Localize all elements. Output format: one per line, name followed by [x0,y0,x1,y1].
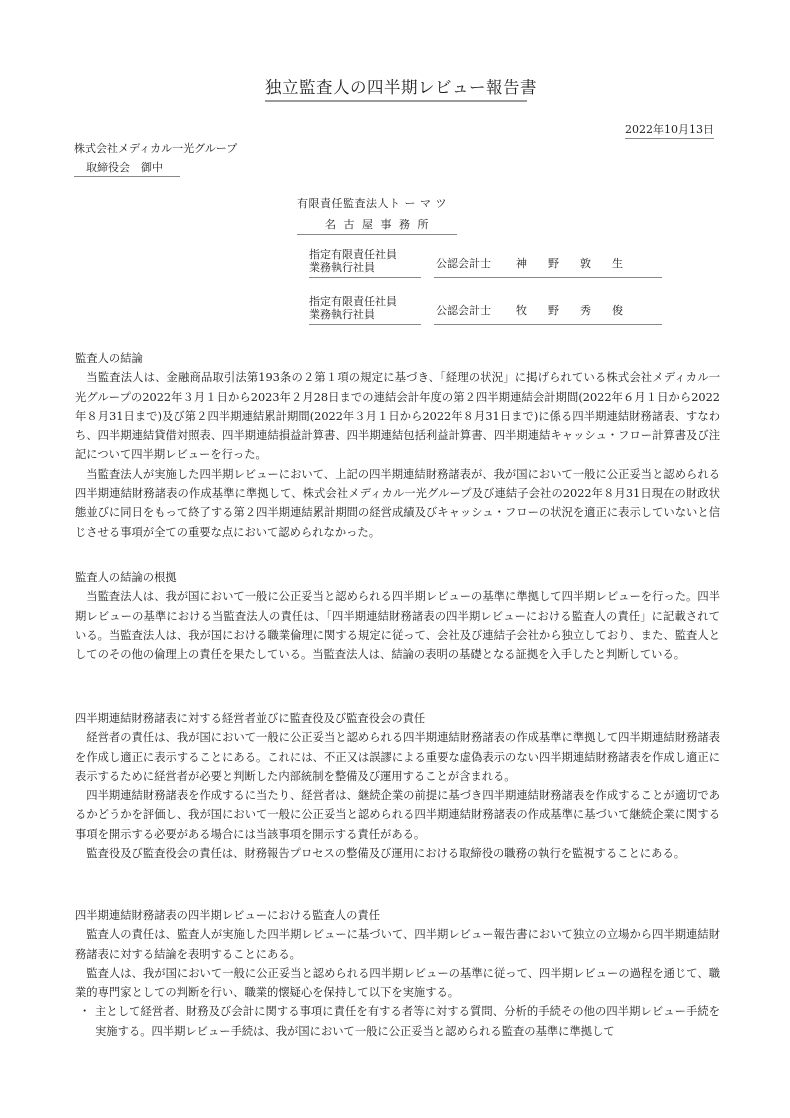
signer-role-line1: 指定有限責任社員 [309,295,421,308]
signer-name-char: 俊 [612,302,644,318]
bullet-list: ・ 主として経営者、財務及び会計に関する事項に責任を有する者等に対する質問、分析… [75,1002,720,1041]
bullet-text: 主として経営者、財務及び会計に関する事項に責任を有する者等に対する質問、分析的手… [95,1005,720,1037]
signer-name: 神 野 敦 生 [516,255,644,271]
signer-title: 公認会計士 [436,255,491,271]
paragraph: 監査役及び監査役会の責任は、財務報告プロセスの整備及び運用における取締役の職務の… [75,844,720,863]
report-date: 2022年10月13日 [625,121,714,139]
addressee-board: 取締役会 御中 [74,159,180,177]
signer-name-char: 野 [548,302,580,318]
signer-name-char: 秀 [580,302,612,318]
section-heading: 四半期連結財務諸表に対する経営者並びに監査役及び監査役会の責任 [75,709,720,728]
signer-name-char: 神 [516,255,548,271]
section-heading: 監査人の結論の根拠 [75,568,720,587]
paragraph: 四半期連結財務諸表を作成するに当たり、経営者は、継続企業の前提に基づき四半期連結… [75,786,720,844]
paragraph: 監査人は、我が国において一般に公正妥当と認められる四半期レビューの基準に従って、… [75,964,720,1003]
bullet-item: ・ 主として経営者、財務及び会計に関する事項に責任を有する者等に対する質問、分析… [75,1002,720,1041]
signer-role-line1: 指定有限責任社員 [309,248,421,261]
paragraph: 当監査法人が実施した四半期レビューにおいて、上記の四半期連結財務諸表が、我が国に… [75,465,720,542]
signer-role-line2: 業務執行社員 [309,261,421,274]
signer-title: 公認会計士 [436,302,491,318]
section-auditor-responsibilities: 四半期連結財務諸表の四半期レビューにおける監査人の責任 監査人の責任は、監査人が… [75,906,720,1041]
bullet-icon: ・ [79,1002,90,1021]
signer-role: 指定有限責任社員 業務執行社員 [309,295,421,325]
addressee-company: 株式会社メディカル一光グループ [74,140,237,156]
paragraph: 当監査法人は、金融商品取引法第193条の２第１項の規定に基づき、「経理の状況」に… [75,368,720,464]
signer-signature-line: 公認会計士 牧 野 秀 俊 [434,295,662,325]
firm-name-text: 有限責任監査法人ト ー マ ツ [297,197,447,210]
section-management-responsibilities: 四半期連結財務諸表に対する経営者並びに監査役及び監査役会の責任 経営者の責任は、… [75,709,720,863]
signer-role-line2: 業務執行社員 [309,308,421,321]
signer-name-char: 野 [548,255,580,271]
signer-block: 指定有限責任社員 業務執行社員 公認会計士 牧 野 秀 俊 [309,295,664,327]
signer-name-char: 生 [612,255,644,271]
signer-name-char: 牧 [516,302,548,318]
signer-signature-line: 公認会計士 神 野 敦 生 [434,248,662,278]
paragraph: 監査人の責任は、監査人が実施した四半期レビューに基づいて、四半期レビュー報告書に… [75,925,720,964]
signer-role: 指定有限責任社員 業務執行社員 [309,248,421,278]
signer-block: 指定有限責任社員 業務執行社員 公認会計士 神 野 敦 生 [309,248,664,280]
section-heading: 四半期連結財務諸表の四半期レビューにおける監査人の責任 [75,906,720,925]
signer-name: 牧 野 秀 俊 [516,302,644,318]
document-title: 独立監査人の四半期レビュー報告書 [265,74,527,102]
paragraph: 当監査法人は、我が国において一般に公正妥当と認められる四半期レビューの基準に準拠… [75,587,720,664]
auditor-firm-office: 名古屋事務所 [297,216,457,235]
section-auditor-conclusion: 監査人の結論 当監査法人は、金融商品取引法第193条の２第１項の規定に基づき、「… [75,349,720,542]
paragraph: 経営者の責任は、我が国において一般に公正妥当と認められる四半期連結財務諸表の作成… [75,728,720,786]
section-heading: 監査人の結論 [75,349,720,368]
signer-name-char: 敦 [580,255,612,271]
section-basis-for-conclusion: 監査人の結論の根拠 当監査法人は、我が国において一般に公正妥当と認められる四半期… [75,568,720,664]
auditor-firm-name: 有限責任監査法人ト ー マ ツ [297,195,447,211]
document-page: 独立監査人の四半期レビュー報告書 2022年10月13日 株式会社メディカル一光… [0,0,790,1118]
